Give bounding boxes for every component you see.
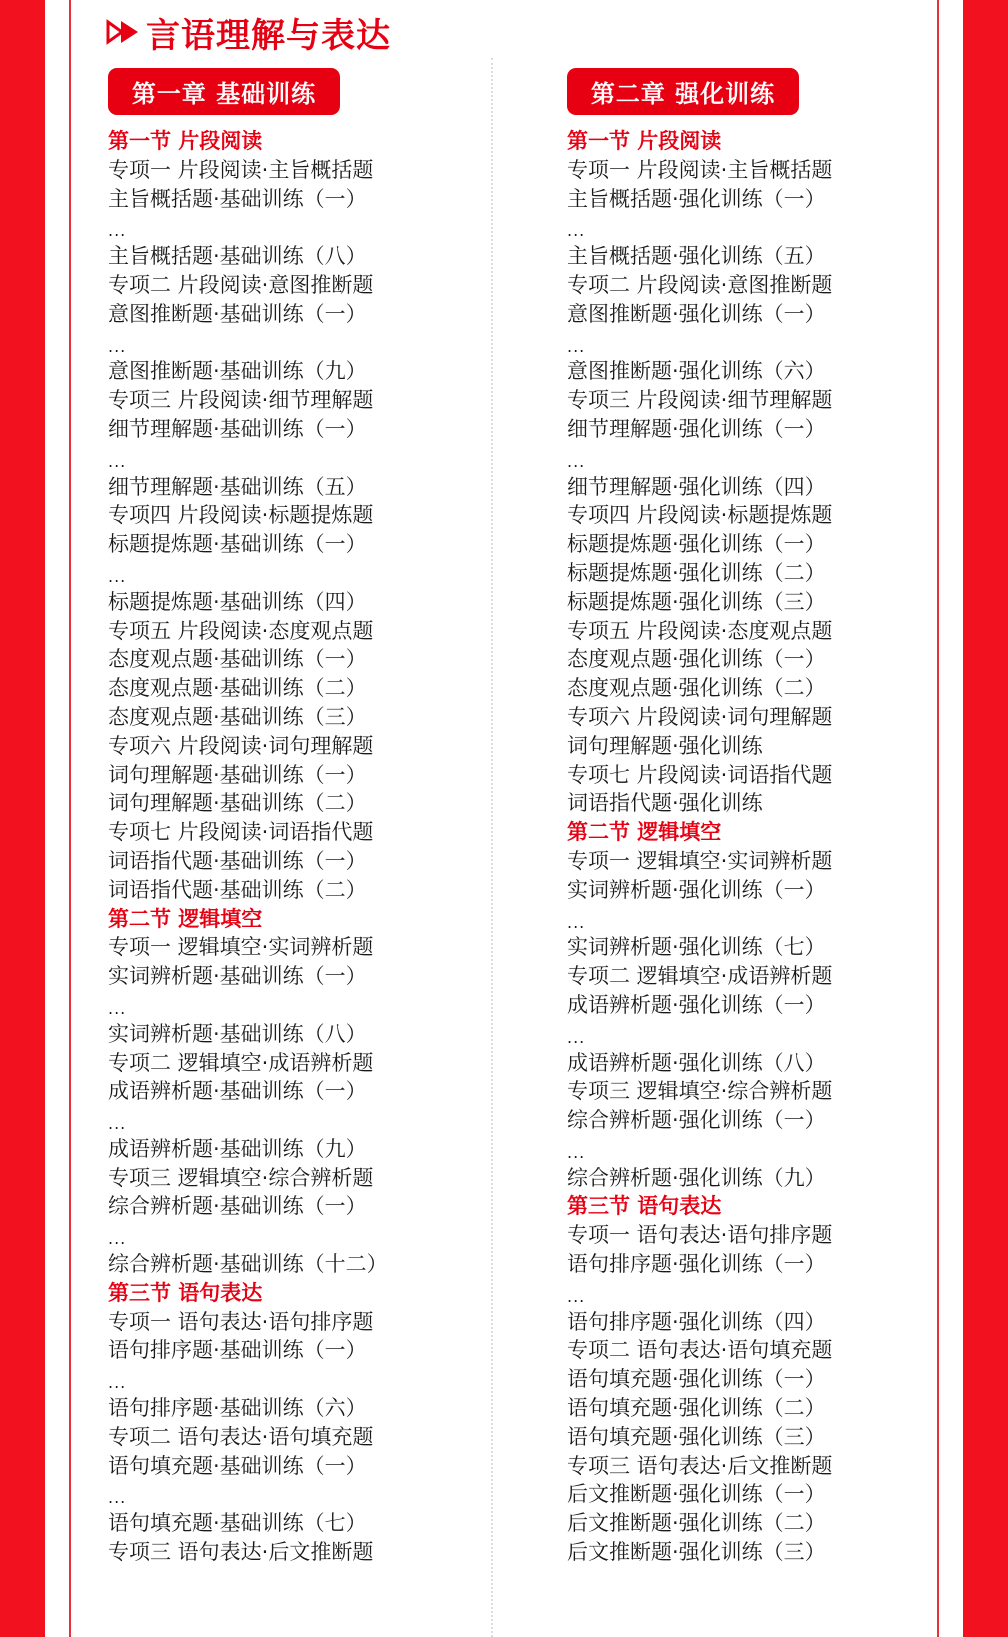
list-item: 实词辨析题·强化训练（七） [567,933,927,962]
chapter-label: 第一章 基础训练 [132,74,316,109]
list-item: 意图推断题·基础训练（九） [108,357,468,386]
section-heading: 第一节 片段阅读 [567,127,927,156]
list-item: 标题提炼题·强化训练（一） [567,530,927,559]
list-item: 主旨概括题·基础训练（八） [108,242,468,271]
chapter-label: 第二章 强化训练 [591,74,775,109]
list-item: 语句填充题·强化训练（三） [567,1423,927,1452]
list-item: 标题提炼题·基础训练（一） [108,530,468,559]
list-item: 语句填充题·强化训练（一） [567,1365,927,1394]
ellipsis: ... [108,444,468,473]
list-item: 细节理解题·强化训练（四） [567,473,927,502]
list-item: 专项一 逻辑填空·实词辨析题 [567,847,927,876]
chapter-list-advanced: 第一节 片段阅读专项一 片段阅读·主旨概括题主旨概括题·强化训练（一）...主旨… [567,127,927,1567]
list-item: 专项五 片段阅读·态度观点题 [108,617,468,646]
ellipsis: ... [108,1106,468,1135]
list-item: 细节理解题·基础训练（五） [108,473,468,502]
list-item: 态度观点题·基础训练（三） [108,703,468,732]
ellipsis: ... [567,329,927,358]
list-item: 语句填充题·强化训练（二） [567,1394,927,1423]
list-item: 专项三 语句表达·后文推断题 [108,1538,468,1567]
left-red-band [0,0,45,1637]
ellipsis: ... [108,1221,468,1250]
list-item: 综合辨析题·强化训练（九） [567,1164,927,1193]
list-item: 语句排序题·基础训练（六） [108,1394,468,1423]
page-title: 言语理解与表达 [146,8,391,57]
list-item: 专项三 逻辑填空·综合辨析题 [567,1077,927,1106]
list-item: 专项二 逻辑填空·成语辨析题 [567,962,927,991]
ellipsis: ... [567,1279,927,1308]
list-item: 综合辨析题·基础训练（十二） [108,1250,468,1279]
list-item: 专项一 语句表达·语句排序题 [567,1221,927,1250]
list-item: 专项四 片段阅读·标题提炼题 [567,501,927,530]
list-item: 综合辨析题·强化训练（一） [567,1106,927,1135]
double-play-icon [106,19,142,45]
list-item: 综合辨析题·基础训练（一） [108,1192,468,1221]
list-item: 实词辨析题·强化训练（一） [567,876,927,905]
ellipsis: ... [567,444,927,473]
list-item: 专项二 语句表达·语句填充题 [108,1423,468,1452]
right-red-band [963,0,1008,1637]
list-item: 成语辨析题·强化训练（一） [567,991,927,1020]
ellipsis: ... [567,213,927,242]
ellipsis: ... [108,1480,468,1509]
section-heading: 第三节 语句表达 [567,1192,927,1221]
section-heading: 第二节 逻辑填空 [108,905,468,934]
ellipsis: ... [108,329,468,358]
list-item: 专项六 片段阅读·词句理解题 [567,703,927,732]
list-item: 主旨概括题·强化训练（五） [567,242,927,271]
list-item: 主旨概括题·强化训练（一） [567,185,927,214]
list-item: 实词辨析题·基础训练（八） [108,1020,468,1049]
ellipsis: ... [108,1365,468,1394]
list-item: 词语指代题·基础训练（一） [108,847,468,876]
list-item: 词语指代题·基础训练（二） [108,876,468,905]
section-title: 言语理解与表达 [106,8,391,56]
list-item: 专项一 片段阅读·主旨概括题 [108,156,468,185]
list-item: 标题提炼题·强化训练（三） [567,588,927,617]
list-item: 专项一 逻辑填空·实词辨析题 [108,933,468,962]
list-item: 专项五 片段阅读·态度观点题 [567,617,927,646]
list-item: 态度观点题·基础训练（二） [108,674,468,703]
list-item: 专项六 片段阅读·词句理解题 [108,732,468,761]
list-item: 实词辨析题·基础训练（一） [108,962,468,991]
list-item: 专项二 逻辑填空·成语辨析题 [108,1049,468,1078]
list-item: 成语辨析题·基础训练（一） [108,1077,468,1106]
section-heading: 第一节 片段阅读 [108,127,468,156]
chapter-list-basic: 第一节 片段阅读专项一 片段阅读·主旨概括题主旨概括题·基础训练（一）...主旨… [108,127,468,1567]
list-item: 意图推断题·强化训练（一） [567,300,927,329]
list-item: 成语辨析题·强化训练（八） [567,1049,927,1078]
list-item: 主旨概括题·基础训练（一） [108,185,468,214]
list-item: 后文推断题·强化训练（二） [567,1509,927,1538]
left-red-rule [69,0,71,1637]
list-item: 专项七 片段阅读·词语指代题 [567,761,927,790]
list-item: 专项二 片段阅读·意图推断题 [108,271,468,300]
list-item: 专项三 片段阅读·细节理解题 [108,386,468,415]
list-item: 后文推断题·强化训练（三） [567,1538,927,1567]
list-item: 词句理解题·强化训练 [567,732,927,761]
list-item: 态度观点题·基础训练（一） [108,645,468,674]
list-item: 态度观点题·强化训练（二） [567,674,927,703]
ellipsis: ... [567,1135,927,1164]
list-item: 意图推断题·基础训练（一） [108,300,468,329]
right-red-rule [937,0,939,1637]
list-item: 专项七 片段阅读·词语指代题 [108,818,468,847]
list-item: 成语辨析题·基础训练（九） [108,1135,468,1164]
section-heading: 第三节 语句表达 [108,1279,468,1308]
list-item: 专项一 片段阅读·主旨概括题 [567,156,927,185]
list-item: 标题提炼题·强化训练（二） [567,559,927,588]
list-item: 专项二 语句表达·语句填充题 [567,1336,927,1365]
list-item: 词语指代题·强化训练 [567,789,927,818]
list-item: 词句理解题·基础训练（二） [108,789,468,818]
list-item: 后文推断题·强化训练（一） [567,1480,927,1509]
list-item: 专项三 语句表达·后文推断题 [567,1452,927,1481]
chapter-badge-basic: 第一章 基础训练 [108,68,340,115]
list-item: 意图推断题·强化训练（六） [567,357,927,386]
ellipsis: ... [567,905,927,934]
list-item: 语句填充题·基础训练（一） [108,1452,468,1481]
list-item: 专项三 逻辑填空·综合辨析题 [108,1164,468,1193]
column-divider [491,58,493,1637]
ellipsis: ... [108,213,468,242]
list-item: 专项二 片段阅读·意图推断题 [567,271,927,300]
chapter-badge-advanced: 第二章 强化训练 [567,68,799,115]
list-item: 语句填充题·基础训练（七） [108,1509,468,1538]
list-item: 专项一 语句表达·语句排序题 [108,1308,468,1337]
list-item: 态度观点题·强化训练（一） [567,645,927,674]
ellipsis: ... [108,991,468,1020]
list-item: 语句排序题·强化训练（四） [567,1308,927,1337]
list-item: 标题提炼题·基础训练（四） [108,588,468,617]
list-item: 专项四 片段阅读·标题提炼题 [108,501,468,530]
ellipsis: ... [108,559,468,588]
list-item: 细节理解题·基础训练（一） [108,415,468,444]
list-item: 专项三 片段阅读·细节理解题 [567,386,927,415]
list-item: 语句排序题·强化训练（一） [567,1250,927,1279]
list-item: 词句理解题·基础训练（一） [108,761,468,790]
list-item: 细节理解题·强化训练（一） [567,415,927,444]
section-heading: 第二节 逻辑填空 [567,818,927,847]
list-item: 语句排序题·基础训练（一） [108,1336,468,1365]
ellipsis: ... [567,1020,927,1049]
